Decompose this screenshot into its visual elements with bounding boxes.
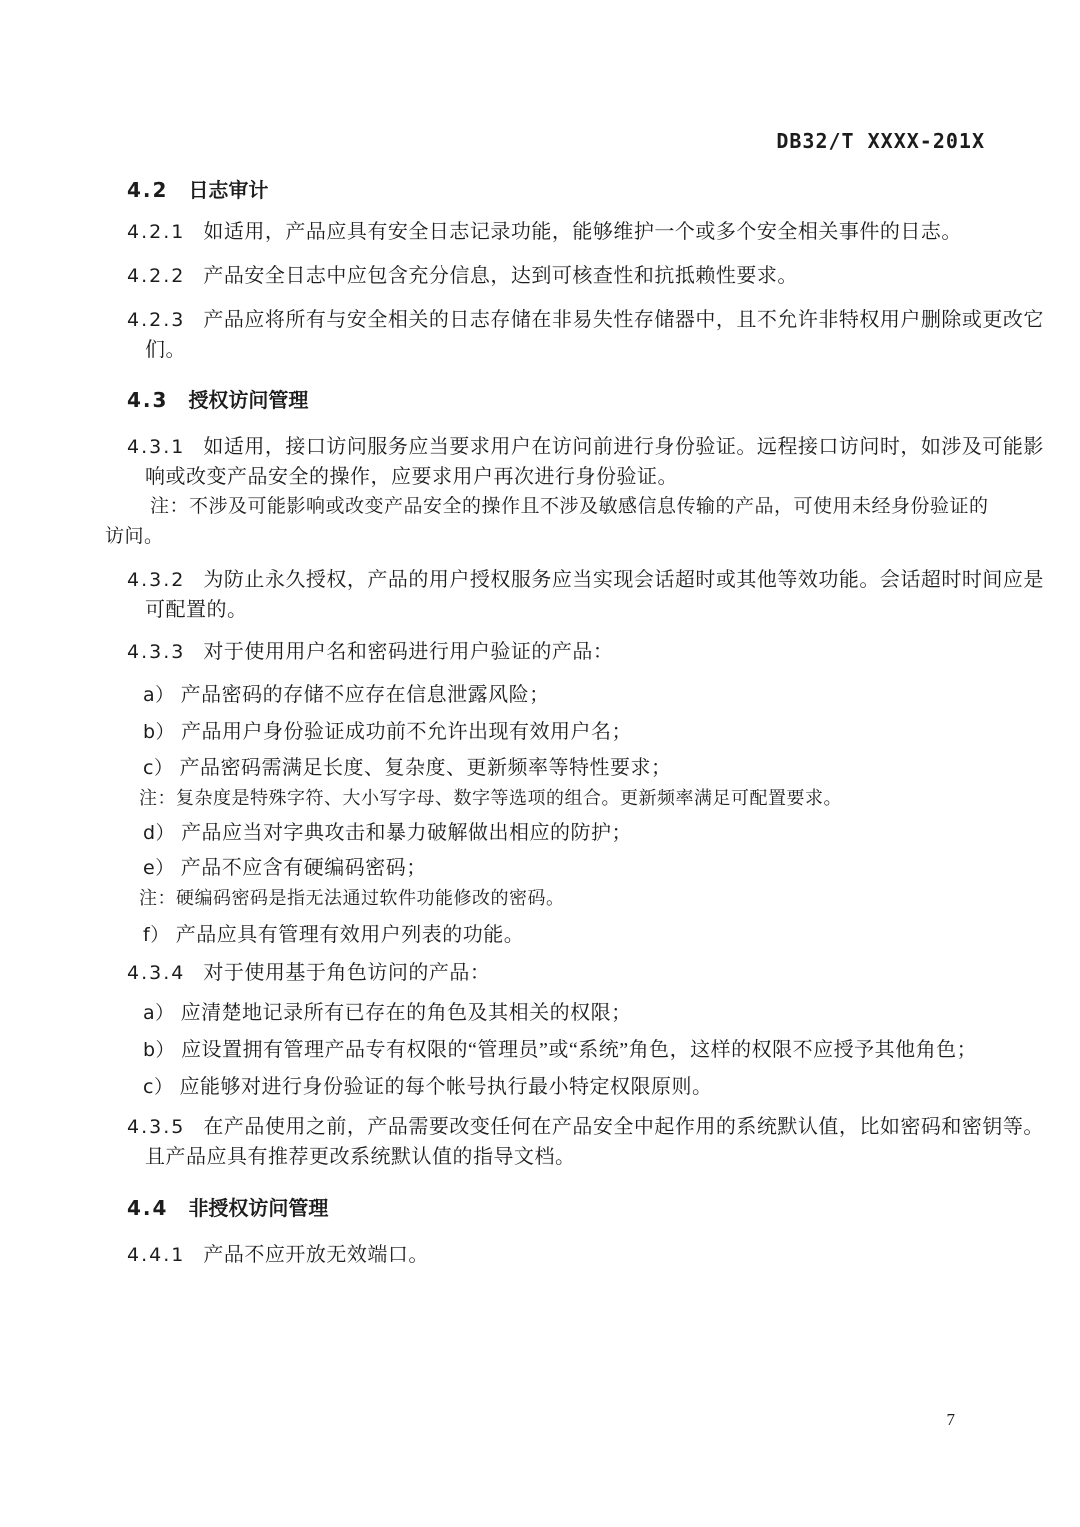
clause-number: 4.2.3 [127, 309, 185, 331]
clause-4-3-1-note: 注：不涉及可能影响或改变产品安全的操作且不涉及敏感信息传输的产品，可使用未经身份… [150, 492, 985, 522]
clause-4-3-1: 4.3.1如适用，接口访问服务应当要求用户在访问前进行身份验证。远程接口访问时，… [127, 432, 985, 462]
section-number: 4.4 [127, 1196, 168, 1220]
section-heading-4-2: 4.2日志审计 [127, 175, 985, 205]
clause-4-2-1: 4.2.1如适用，产品应具有安全日志记录功能，能够维护一个或多个安全相关事件的日… [127, 217, 985, 247]
list-marker: b） [143, 721, 175, 743]
list-item-4-3-3-a: a）产品密码的存储不应存在信息泄露风险； [143, 680, 985, 710]
list-item-4-3-3-d: d）产品应当对字典攻击和暴力破解做出相应的防护； [143, 818, 985, 848]
list-item-4-3-3-e-note: 注：硬编码密码是指无法通过软件功能修改的密码。 [139, 883, 985, 913]
list-item-4-3-3-c-note: 注：复杂度是特殊字符、大小写字母、数字等选项的组合。更新频率满足可配置要求。 [139, 783, 985, 813]
clause-4-2-2: 4.2.2产品安全日志中应包含充分信息，达到可核查性和抗抵赖性要求。 [127, 261, 985, 291]
list-marker: c） [143, 757, 173, 779]
clause-4-2-3: 4.2.3产品应将所有与安全相关的日志存储在非易失性存储器中，且不允许非特权用户… [127, 305, 985, 335]
list-marker: d） [143, 822, 175, 844]
clause-number: 4.3.1 [127, 436, 185, 458]
clause-4-3-5-continuation: 且产品应具有推荐更改系统默认值的指导文档。 [145, 1142, 985, 1172]
clause-4-3-4: 4.3.4对于使用基于角色访问的产品： [127, 958, 985, 988]
clause-4-3-5: 4.3.5在产品使用之前，产品需要改变任何在产品安全中起作用的系统默认值，比如密… [127, 1112, 985, 1142]
list-item-text: 应清楚地记录所有已存在的角色及其相关的权限； [181, 1002, 632, 1024]
clause-4-3-2-continuation: 可配置的。 [145, 595, 985, 625]
clause-text: 产品应将所有与安全相关的日志存储在非易失性存储器中，且不允许非特权用户删除或更改… [203, 309, 1044, 331]
list-item-4-3-3-c: c）产品密码需满足长度、复杂度、更新频率等特性要求； [143, 753, 985, 783]
list-item-4-3-4-a: a）应清楚地记录所有已存在的角色及其相关的权限； [143, 998, 985, 1028]
list-marker: c） [143, 1076, 173, 1098]
document-page: DB32/T XXXX-201X 4.2日志审计 4.2.1如适用，产品应具有安… [0, 0, 1080, 1527]
clause-number: 4.3.4 [127, 962, 185, 984]
clause-4-3-1-continuation: 响或改变产品安全的操作，应要求用户再次进行身份验证。 [145, 462, 985, 492]
clause-number: 4.2.2 [127, 265, 185, 287]
page-number: 7 [127, 1405, 985, 1435]
section-heading-4-3: 4.3授权访问管理 [127, 385, 985, 415]
clause-text: 对于使用用户名和密码进行用户验证的产品： [203, 641, 613, 663]
list-item-text: 应能够对进行身份验证的每个帐号执行最小特定权限原则。 [179, 1076, 712, 1098]
list-item-4-3-3-b: b）产品用户身份验证成功前不允许出现有效用户名； [143, 717, 985, 747]
clause-4-4-1: 4.4.1产品不应开放无效端口。 [127, 1240, 985, 1270]
clause-number: 4.3.3 [127, 641, 185, 663]
section-title: 日志审计 [188, 178, 268, 202]
clause-number: 4.3.2 [127, 569, 185, 591]
list-item-text: 产品密码的存储不应存在信息泄露风险； [181, 684, 550, 706]
clause-4-2-3-continuation: 们。 [145, 335, 985, 365]
list-marker: b） [143, 1039, 175, 1061]
clause-number: 4.2.1 [127, 221, 185, 243]
list-marker: e） [143, 857, 175, 879]
list-item-text: 产品用户身份验证成功前不允许出现有效用户名； [181, 721, 632, 743]
section-number: 4.3 [127, 388, 168, 412]
clause-text: 产品不应开放无效端口。 [203, 1244, 429, 1266]
list-item-text: 应设置拥有管理产品专有权限的“管理员”或“系统”角色，这样的权限不应授予其他角色… [181, 1039, 977, 1061]
clause-text: 如适用，产品应具有安全日志记录功能，能够维护一个或多个安全相关事件的日志。 [203, 221, 962, 243]
section-heading-4-4: 4.4非授权访问管理 [127, 1193, 985, 1223]
doc-number: DB32/T XXXX-201X [127, 126, 985, 156]
clause-number: 4.4.1 [127, 1244, 185, 1266]
list-item-4-3-3-f: f）产品应具有管理有效用户列表的功能。 [143, 920, 985, 950]
list-item-text: 产品密码需满足长度、复杂度、更新频率等特性要求； [179, 757, 671, 779]
list-item-text: 产品不应含有硬编码密码； [181, 857, 427, 879]
section-title: 授权访问管理 [188, 388, 308, 412]
clause-number: 4.3.5 [127, 1116, 185, 1138]
list-marker: f） [143, 924, 170, 946]
clause-text: 如适用，接口访问服务应当要求用户在访问前进行身份验证。远程接口访问时，如涉及可能… [203, 436, 1044, 458]
list-item-4-3-4-b: b）应设置拥有管理产品专有权限的“管理员”或“系统”角色，这样的权限不应授予其他… [143, 1035, 985, 1065]
section-title: 非授权访问管理 [188, 1196, 328, 1220]
clause-4-3-1-note-continuation: 访问。 [105, 522, 985, 552]
section-number: 4.2 [127, 178, 168, 202]
clause-text: 对于使用基于角色访问的产品： [203, 962, 490, 984]
clause-text: 为防止永久授权，产品的用户授权服务应当实现会话超时或其他等效功能。会话超时时间应… [203, 569, 1044, 591]
list-item-text: 产品应具有管理有效用户列表的功能。 [176, 924, 525, 946]
list-marker: a） [143, 684, 175, 706]
list-marker: a） [143, 1002, 175, 1024]
clause-text: 产品安全日志中应包含充分信息，达到可核查性和抗抵赖性要求。 [203, 265, 798, 287]
clause-4-3-3: 4.3.3对于使用用户名和密码进行用户验证的产品： [127, 637, 985, 667]
clause-4-3-2: 4.3.2为防止永久授权，产品的用户授权服务应当实现会话超时或其他等效功能。会话… [127, 565, 985, 595]
list-item-text: 产品应当对字典攻击和暴力破解做出相应的防护； [181, 822, 632, 844]
list-item-4-3-4-c: c）应能够对进行身份验证的每个帐号执行最小特定权限原则。 [143, 1072, 985, 1102]
list-item-4-3-3-e: e）产品不应含有硬编码密码； [143, 853, 985, 883]
clause-text: 在产品使用之前，产品需要改变任何在产品安全中起作用的系统默认值，比如密码和密钥等… [203, 1116, 1044, 1138]
